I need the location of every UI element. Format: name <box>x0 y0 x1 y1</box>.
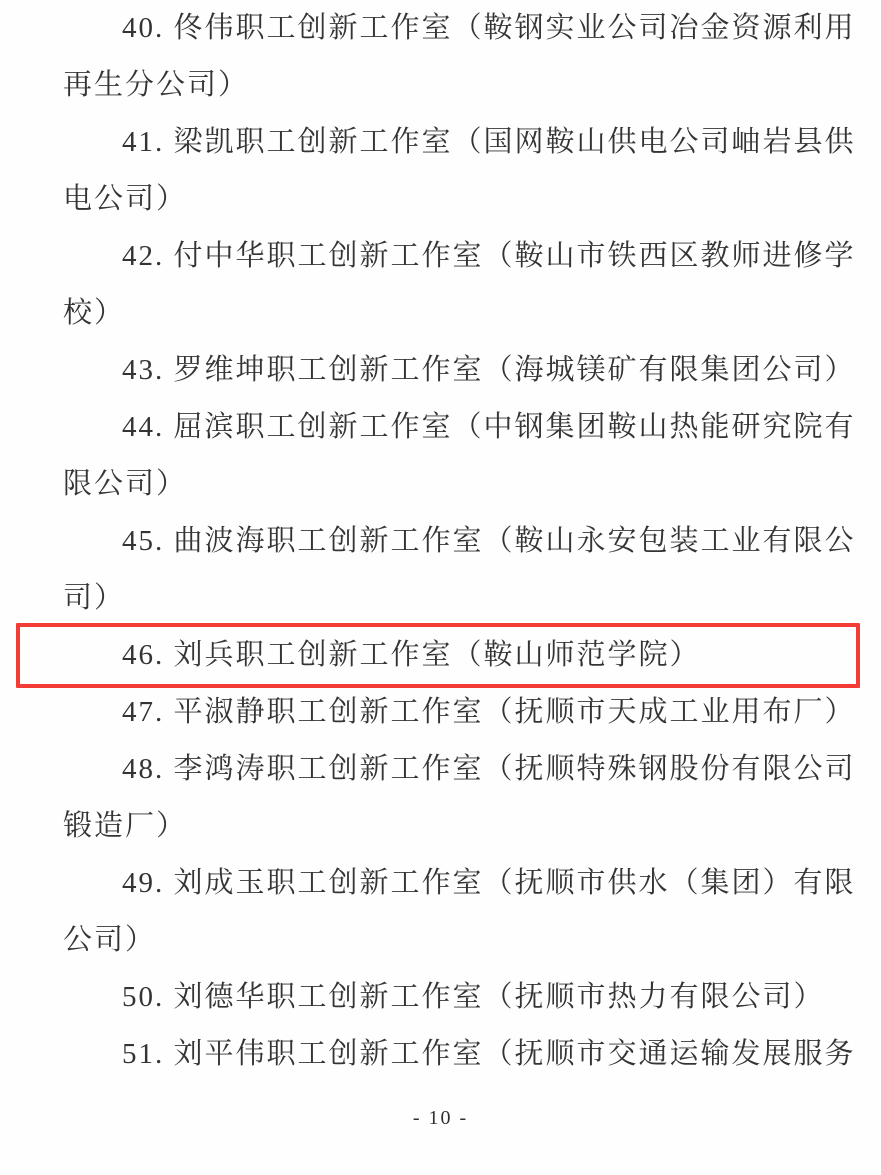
list-item-line: 电公司） <box>63 171 860 228</box>
list-item: 42. 付中华职工创新工作室（鞍山市铁西区教师进修学校） <box>63 228 860 342</box>
document-page: 40. 佟伟职工创新工作室（鞍钢实业公司冶金资源利用再生分公司）41. 梁凯职工… <box>0 0 881 1175</box>
list-item-line: 42. 付中华职工创新工作室（鞍山市铁西区教师进修学 <box>63 228 860 285</box>
list-item-line: 锻造厂） <box>63 798 860 855</box>
list-item: 48. 李鸿涛职工创新工作室（抚顺特殊钢股份有限公司锻造厂） <box>63 741 860 855</box>
list-item: 41. 梁凯职工创新工作室（国网鞍山供电公司岫岩县供电公司） <box>63 114 860 228</box>
list-item-line: 51. 刘平伟职工创新工作室（抚顺市交通运输发展服务 <box>63 1026 860 1083</box>
list-item-highlighted: 46. 刘兵职工创新工作室（鞍山师范学院） <box>16 623 860 688</box>
list-item-line: 46. 刘兵职工创新工作室（鞍山师范学院） <box>63 627 856 684</box>
list-item-line: 43. 罗维坤职工创新工作室（海城镁矿有限集团公司） <box>63 342 860 399</box>
list-item-line: 公司） <box>63 912 860 969</box>
list-item-line: 45. 曲波海职工创新工作室（鞍山永安包装工业有限公 <box>63 513 860 570</box>
list-item: 47. 平淑静职工创新工作室（抚顺市天成工业用布厂） <box>63 684 860 741</box>
list-item: 50. 刘德华职工创新工作室（抚顺市热力有限公司） <box>63 969 860 1026</box>
list-item: 49. 刘成玉职工创新工作室（抚顺市供水（集团）有限公司） <box>63 855 860 969</box>
list-item: 51. 刘平伟职工创新工作室（抚顺市交通运输发展服务 <box>63 1026 860 1083</box>
list-item-line: 47. 平淑静职工创新工作室（抚顺市天成工业用布厂） <box>63 684 860 741</box>
items-container: 40. 佟伟职工创新工作室（鞍钢实业公司冶金资源利用再生分公司）41. 梁凯职工… <box>63 0 860 1083</box>
list-item-line: 41. 梁凯职工创新工作室（国网鞍山供电公司岫岩县供 <box>63 114 860 171</box>
list-item-line: 44. 屈滨职工创新工作室（中钢集团鞍山热能研究院有 <box>63 399 860 456</box>
page-number: - 10 - <box>21 1103 860 1133</box>
list-item-line: 48. 李鸿涛职工创新工作室（抚顺特殊钢股份有限公司 <box>63 741 860 798</box>
list-item-line: 限公司） <box>63 456 860 513</box>
list-item-line: 50. 刘德华职工创新工作室（抚顺市热力有限公司） <box>63 969 860 1026</box>
list-item-line: 40. 佟伟职工创新工作室（鞍钢实业公司冶金资源利用 <box>63 0 860 57</box>
list-item-line: 49. 刘成玉职工创新工作室（抚顺市供水（集团）有限 <box>63 855 860 912</box>
list-item: 40. 佟伟职工创新工作室（鞍钢实业公司冶金资源利用再生分公司） <box>63 0 860 114</box>
list-item: 44. 屈滨职工创新工作室（中钢集团鞍山热能研究院有限公司） <box>63 399 860 513</box>
list-item-line: 校） <box>63 285 860 342</box>
list-item-line: 再生分公司） <box>63 57 860 114</box>
list-item: 43. 罗维坤职工创新工作室（海城镁矿有限集团公司） <box>63 342 860 399</box>
list-item: 45. 曲波海职工创新工作室（鞍山永安包装工业有限公司） <box>63 513 860 627</box>
list-item-line: 司） <box>63 570 860 627</box>
